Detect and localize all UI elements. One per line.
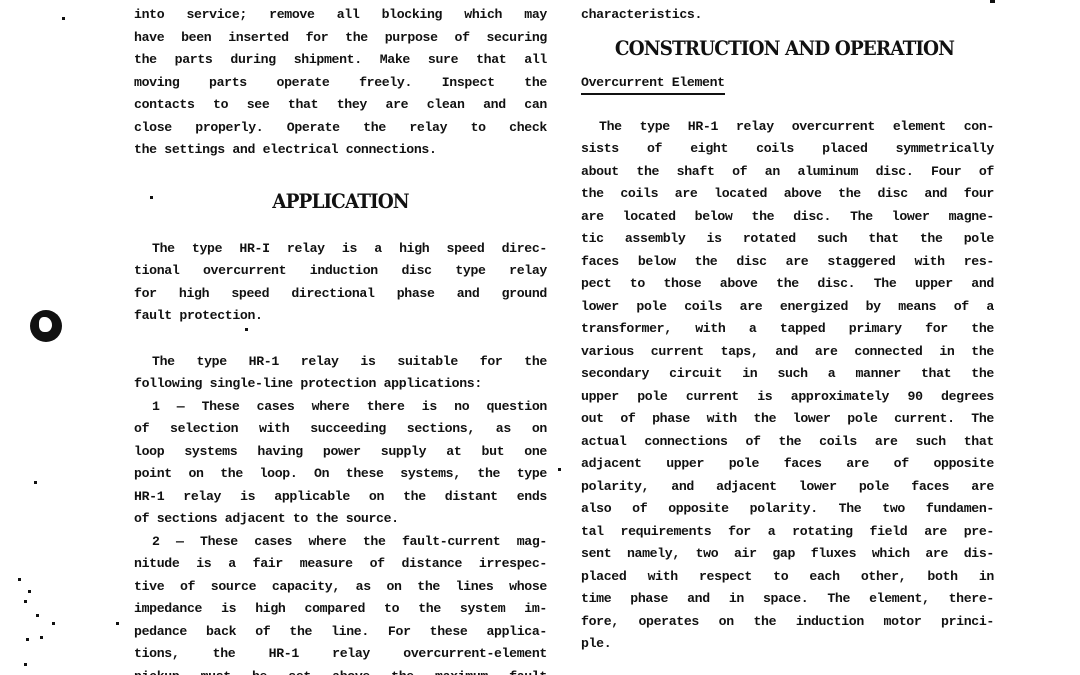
list-item-1: 1 — These cases where there is no questi…	[134, 396, 547, 531]
text-line: the parts during shipment. Make sure tha…	[134, 49, 547, 72]
text-line: fault protection.	[134, 305, 547, 328]
text-line: sists of eight coils placed symmetricall…	[581, 138, 994, 161]
text-line: pedance back of the line. For these appl…	[134, 621, 547, 644]
text-line: fore, operates on the induction motor pr…	[581, 611, 994, 634]
list-item-2: 2 — These cases where the fault-current …	[134, 531, 547, 675]
text-line: actual connections of the coils are such…	[581, 431, 994, 454]
right-column: characteristics. CONSTRUCTION AND OPERAT…	[581, 4, 994, 656]
scan-speck	[26, 638, 29, 641]
scan-speck	[40, 636, 43, 639]
text-line: of sections adjacent to the source.	[134, 508, 547, 531]
overcurrent-element-subheading: Overcurrent Element	[581, 74, 725, 95]
scan-speck	[28, 590, 31, 593]
scan-speck	[36, 614, 39, 617]
text-line: close properly. Operate the relay to che…	[134, 117, 547, 140]
intro-paragraph: into service; remove all blocking which …	[134, 4, 547, 162]
text-line: have been inserted for the purpose of se…	[134, 27, 547, 50]
text-line: adjacent upper pole faces are of opposit…	[581, 453, 994, 476]
text-line: moving parts operate freely. Inspect the	[134, 72, 547, 95]
scan-speck	[18, 578, 21, 581]
text-line: point on the loop. On these systems, the…	[134, 463, 547, 486]
text-line: for high speed directional phase and gro…	[134, 283, 547, 306]
text-line: upper pole current is approximately 90 d…	[581, 386, 994, 409]
text-line: faces below the disc are staggered with …	[581, 251, 994, 274]
text-line: ple.	[581, 633, 994, 656]
punch-hole-mark	[30, 310, 62, 342]
text-line: placed with respect to each other, both …	[581, 566, 994, 589]
scan-speck	[52, 622, 55, 625]
text-line: lower pole coils are energized by means …	[581, 296, 994, 319]
text-line: tal requirements for a rotating field ar…	[581, 521, 994, 544]
scan-speck	[24, 600, 27, 603]
text-line: The type HR-1 relay overcurrent element …	[581, 116, 994, 139]
text-line: tive of source capacity, as on the lines…	[134, 576, 547, 599]
scan-speck	[990, 0, 995, 3]
text-line: nitude is a fair measure of distance irr…	[134, 553, 547, 576]
overcurrent-element-paragraph: The type HR-1 relay overcurrent element …	[581, 116, 994, 656]
text-line: polarity, and adjacent lower pole faces …	[581, 476, 994, 499]
scan-speck	[116, 622, 119, 625]
application-paragraph-1: The type HR-I relay is a high speed dire…	[134, 238, 547, 328]
text-line: into service; remove all blocking which …	[134, 4, 547, 27]
text-line: 1 — These cases where there is no questi…	[134, 396, 547, 419]
text-line: various current taps, and are connected …	[581, 341, 994, 364]
scan-speck	[62, 17, 65, 20]
scan-speck	[34, 481, 37, 484]
text-line: the coils are located above the disc and…	[581, 183, 994, 206]
text-line: tions, the HR-1 relay overcurrent-elemen…	[134, 643, 547, 666]
text-line: pect to those above the disc. The upper …	[581, 273, 994, 296]
text-line: tic assembly is rotated such that the po…	[581, 228, 994, 251]
text-line: characteristics.	[581, 4, 994, 27]
text-line: secondary circuit in such a manner that …	[581, 363, 994, 386]
scan-speck	[558, 468, 561, 471]
text-line: transformer, with a tapped primary for t…	[581, 318, 994, 341]
application-paragraph-2: The type HR-1 relay is suitable for the …	[134, 351, 547, 396]
text-line: following single-line protection applica…	[134, 373, 547, 396]
construction-operation-heading: CONSTRUCTION AND OPERATION	[592, 33, 977, 63]
application-heading: APPLICATION	[151, 186, 531, 216]
text-line: The type HR-I relay is a high speed dire…	[134, 238, 547, 261]
text-line: HR-1 relay is applicable on the distant …	[134, 486, 547, 509]
text-line: also of opposite polarity. The two funda…	[581, 498, 994, 521]
text-line: contacts to see that they are clean and …	[134, 94, 547, 117]
overcurrent-element-subheading-wrap: Overcurrent Element	[581, 73, 994, 95]
text-line: time phase and in space. The element, th…	[581, 588, 994, 611]
text-line: impedance is high compared to the system…	[134, 598, 547, 621]
text-line: sent namely, two air gap fluxes which ar…	[581, 543, 994, 566]
scan-speck	[24, 663, 27, 666]
scanned-document-page: into service; remove all blocking which …	[0, 0, 1080, 675]
text-line: are located below the disc. The lower ma…	[581, 206, 994, 229]
text-line: out of phase with the lower pole current…	[581, 408, 994, 431]
text-line: loop systems having power supply at but …	[134, 441, 547, 464]
text-line: about the shaft of an aluminum disc. Fou…	[581, 161, 994, 184]
text-line: of selection with succeeding sections, a…	[134, 418, 547, 441]
text-line: 2 — These cases where the fault-current …	[134, 531, 547, 554]
text-line-cut-off: pickup must be set above the maximum fau…	[134, 666, 547, 675]
text-line: the settings and electrical connections.	[134, 139, 547, 162]
text-line: tional overcurrent induction disc type r…	[134, 260, 547, 283]
left-column: into service; remove all blocking which …	[134, 4, 547, 675]
text-line: The type HR-1 relay is suitable for the	[134, 351, 547, 374]
